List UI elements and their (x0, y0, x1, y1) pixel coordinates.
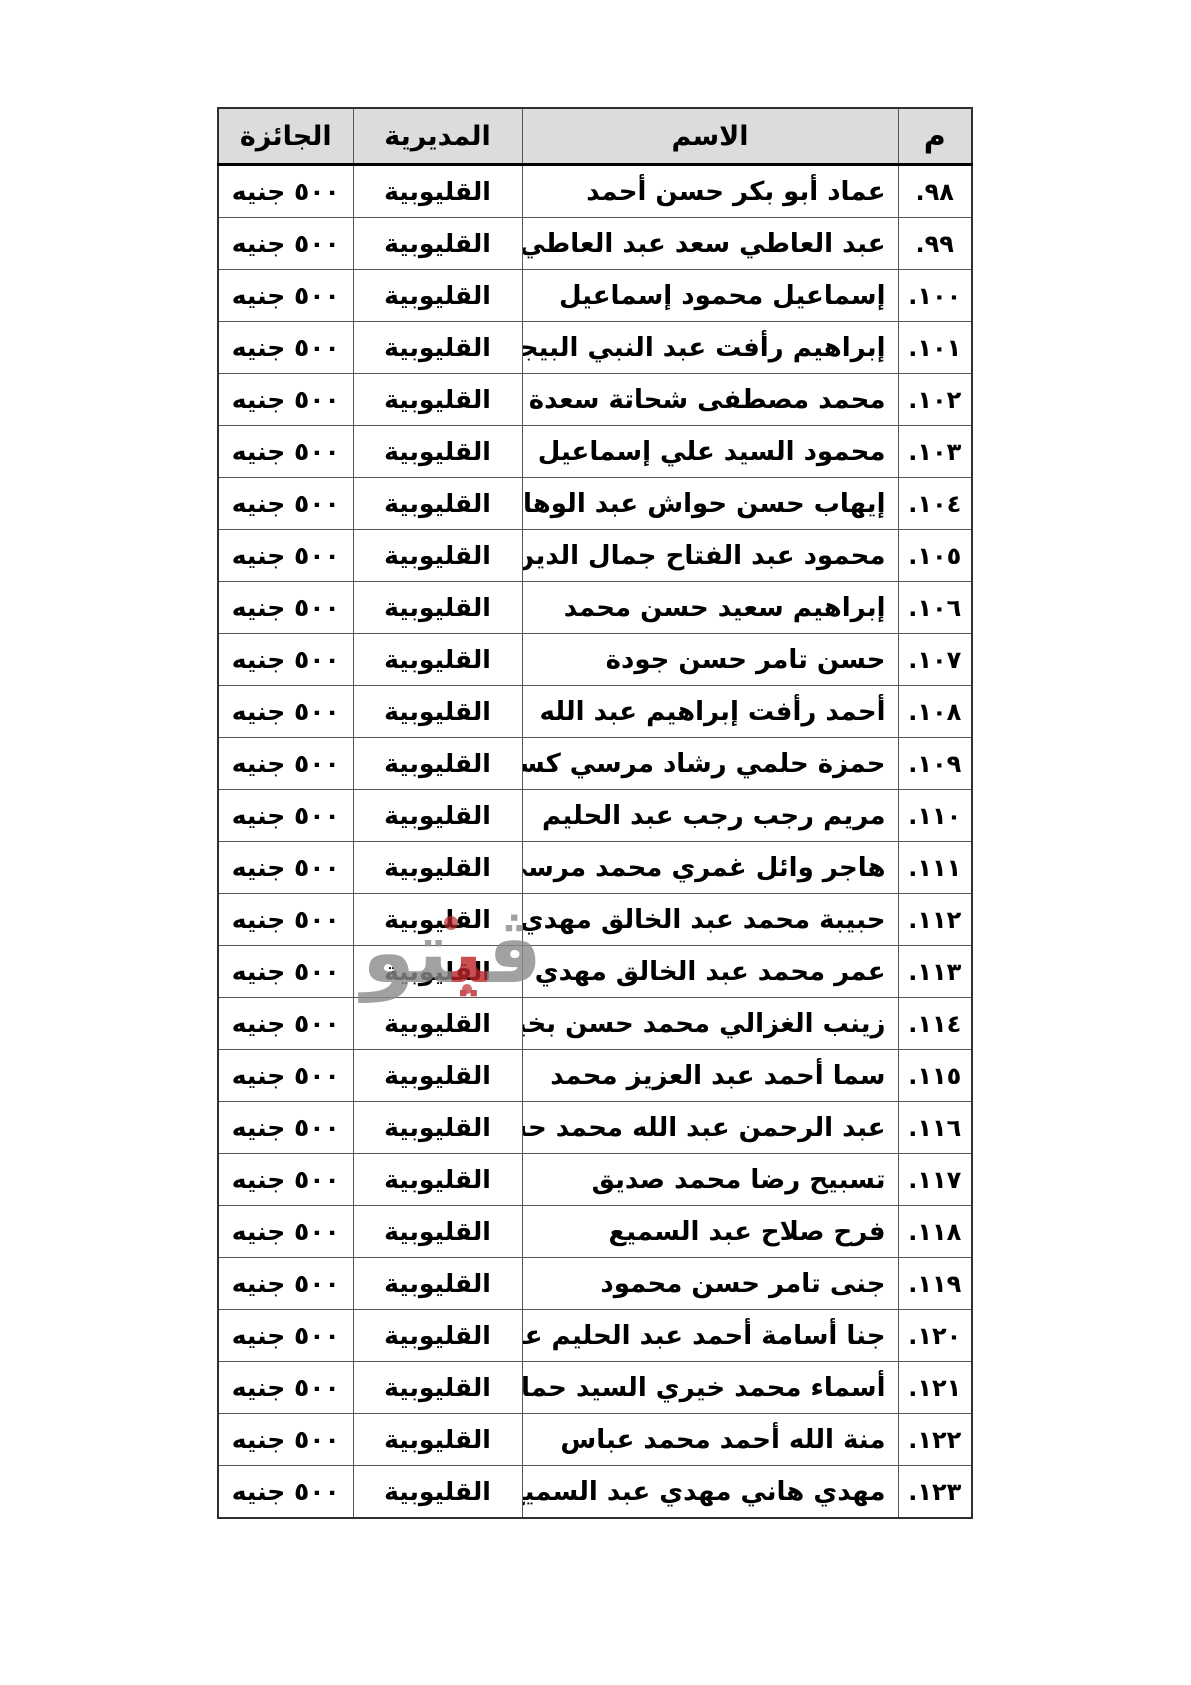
row-number-cell: ١٢٠. (898, 1310, 972, 1362)
table-row: ١١٢. حبيبة محمد عبد الخالق مهدي القليوبي… (218, 894, 972, 946)
row-directorate-cell: القليوبية (353, 478, 522, 530)
table-row: ١١٣. عمر محمد عبد الخالق مهدي القليوبية … (218, 946, 972, 998)
row-name-cell: فرح صلاح عبد السميع (522, 1206, 898, 1258)
header-directorate: المديرية (353, 108, 522, 165)
row-name-cell: محمود السيد علي إسماعيل (522, 426, 898, 478)
row-number-cell: ١١٧. (898, 1154, 972, 1206)
row-name-cell: عماد أبو بكر حسن أحمد (522, 165, 898, 218)
row-prize-cell: ٥٠٠ جنيه (218, 322, 353, 374)
winners-table: م الاسم المديرية الجائزة ٩٨. عماد أبو بك… (217, 107, 973, 1519)
row-number-cell: ١٢٣. (898, 1466, 972, 1519)
row-number-cell: ١٠٩. (898, 738, 972, 790)
row-directorate-cell: القليوبية (353, 426, 522, 478)
table-row: ١٢٣. مهدي هاني مهدي عبد السميع القليوبية… (218, 1466, 972, 1519)
row-name-cell: مريم رجب رجب عبد الحليم (522, 790, 898, 842)
row-prize-cell: ٥٠٠ جنيه (218, 582, 353, 634)
row-name-cell: إسماعيل محمود إسماعيل (522, 270, 898, 322)
row-prize-cell: ٥٠٠ جنيه (218, 1206, 353, 1258)
row-name-cell: محمد مصطفى شحاتة سعدة (522, 374, 898, 426)
table-row: ١١٤. زينب الغزالي محمد حسن بخيت القليوبي… (218, 998, 972, 1050)
row-number-cell: ٩٨. (898, 165, 972, 218)
row-number-cell: ١٠٨. (898, 686, 972, 738)
row-name-cell: أسماء محمد خيري السيد حمادة (522, 1362, 898, 1414)
header-number: م (898, 108, 972, 165)
row-prize-cell: ٥٠٠ جنيه (218, 530, 353, 582)
document-page: م الاسم المديرية الجائزة ٩٨. عماد أبو بك… (0, 0, 1191, 1685)
table-row: ١٢١. أسماء محمد خيري السيد حمادة القليوب… (218, 1362, 972, 1414)
row-prize-cell: ٥٠٠ جنيه (218, 165, 353, 218)
row-number-cell: ١٢١. (898, 1362, 972, 1414)
row-directorate-cell: القليوبية (353, 790, 522, 842)
row-number-cell: ١١١. (898, 842, 972, 894)
table-body: ٩٨. عماد أبو بكر حسن أحمد القليوبية ٥٠٠ … (218, 165, 972, 1519)
row-directorate-cell: القليوبية (353, 998, 522, 1050)
row-name-cell: إبراهيم رأفت عبد النبي البيجاوي (522, 322, 898, 374)
row-name-cell: هاجر وائل غمري محمد مرسي (522, 842, 898, 894)
row-directorate-cell: القليوبية (353, 1102, 522, 1154)
row-number-cell: ١١٥. (898, 1050, 972, 1102)
row-number-cell: ١٠٧. (898, 634, 972, 686)
row-number-cell: ١٠٦. (898, 582, 972, 634)
row-name-cell: حمزة حلمي رشاد مرسي كساب (522, 738, 898, 790)
table-row: ١٠٩. حمزة حلمي رشاد مرسي كساب القليوبية … (218, 738, 972, 790)
row-directorate-cell: القليوبية (353, 322, 522, 374)
row-directorate-cell: القليوبية (353, 1050, 522, 1102)
row-directorate-cell: القليوبية (353, 842, 522, 894)
table-row: ١٠٨. أحمد رأفت إبراهيم عبد الله القليوبي… (218, 686, 972, 738)
row-directorate-cell: القليوبية (353, 218, 522, 270)
row-directorate-cell: القليوبية (353, 686, 522, 738)
row-name-cell: عمر محمد عبد الخالق مهدي (522, 946, 898, 998)
row-directorate-cell: القليوبية (353, 530, 522, 582)
row-prize-cell: ٥٠٠ جنيه (218, 946, 353, 998)
row-name-cell: تسبيح رضا محمد صديق (522, 1154, 898, 1206)
row-directorate-cell: القليوبية (353, 1154, 522, 1206)
row-prize-cell: ٥٠٠ جنيه (218, 1154, 353, 1206)
table-row: ٩٩. عبد العاطي سعد عبد العاطي القليوبية … (218, 218, 972, 270)
row-name-cell: حسن تامر حسن جودة (522, 634, 898, 686)
row-number-cell: ١٠١. (898, 322, 972, 374)
row-name-cell: عبد العاطي سعد عبد العاطي (522, 218, 898, 270)
table-row: ١٠٣. محمود السيد علي إسماعيل القليوبية ٥… (218, 426, 972, 478)
row-number-cell: ١١٦. (898, 1102, 972, 1154)
row-directorate-cell: القليوبية (353, 582, 522, 634)
row-directorate-cell: القليوبية (353, 374, 522, 426)
row-number-cell: ١١٩. (898, 1258, 972, 1310)
row-name-cell: حبيبة محمد عبد الخالق مهدي (522, 894, 898, 946)
row-number-cell: ٩٩. (898, 218, 972, 270)
row-prize-cell: ٥٠٠ جنيه (218, 1310, 353, 1362)
row-prize-cell: ٥٠٠ جنيه (218, 218, 353, 270)
row-name-cell: سما أحمد عبد العزيز محمد (522, 1050, 898, 1102)
row-name-cell: محمود عبد الفتاح جمال الدين (522, 530, 898, 582)
table-row: ١١٧. تسبيح رضا محمد صديق القليوبية ٥٠٠ ج… (218, 1154, 972, 1206)
row-prize-cell: ٥٠٠ جنيه (218, 998, 353, 1050)
table-row: ١٠٤. إيهاب حسن حواش عبد الوهاب القليوبية… (218, 478, 972, 530)
row-directorate-cell: القليوبية (353, 738, 522, 790)
row-directorate-cell: القليوبية (353, 1310, 522, 1362)
row-prize-cell: ٥٠٠ جنيه (218, 842, 353, 894)
table-row: ١١٨. فرح صلاح عبد السميع القليوبية ٥٠٠ ج… (218, 1206, 972, 1258)
row-prize-cell: ٥٠٠ جنيه (218, 634, 353, 686)
row-name-cell: إبراهيم سعيد حسن محمد (522, 582, 898, 634)
row-number-cell: ١١٨. (898, 1206, 972, 1258)
row-prize-cell: ٥٠٠ جنيه (218, 738, 353, 790)
table-header-row: م الاسم المديرية الجائزة (218, 108, 972, 165)
row-name-cell: عبد الرحمن عبد الله محمد حسن (522, 1102, 898, 1154)
row-prize-cell: ٥٠٠ جنيه (218, 270, 353, 322)
table-row: ١١٩. جنى تامر حسن محمود القليوبية ٥٠٠ جن… (218, 1258, 972, 1310)
row-directorate-cell: القليوبية (353, 1362, 522, 1414)
row-number-cell: ١٠٣. (898, 426, 972, 478)
row-number-cell: ١٠٠. (898, 270, 972, 322)
row-prize-cell: ٥٠٠ جنيه (218, 1050, 353, 1102)
row-prize-cell: ٥٠٠ جنيه (218, 1102, 353, 1154)
row-directorate-cell: القليوبية (353, 165, 522, 218)
header-name: الاسم (522, 108, 898, 165)
row-number-cell: ١٠٤. (898, 478, 972, 530)
row-name-cell: إيهاب حسن حواش عبد الوهاب (522, 478, 898, 530)
row-prize-cell: ٥٠٠ جنيه (218, 1258, 353, 1310)
row-number-cell: ١١٠. (898, 790, 972, 842)
table-row: ١٠٢. محمد مصطفى شحاتة سعدة القليوبية ٥٠٠… (218, 374, 972, 426)
table-row: ١٠٦. إبراهيم سعيد حسن محمد القليوبية ٥٠٠… (218, 582, 972, 634)
row-directorate-cell: القليوبية (353, 634, 522, 686)
row-directorate-cell: القليوبية (353, 1466, 522, 1519)
row-name-cell: منة الله أحمد محمد عباس (522, 1414, 898, 1466)
row-directorate-cell: القليوبية (353, 946, 522, 998)
row-name-cell: جنا أسامة أحمد عبد الحليم عامر (522, 1310, 898, 1362)
table-row: ١١٥. سما أحمد عبد العزيز محمد القليوبية … (218, 1050, 972, 1102)
row-prize-cell: ٥٠٠ جنيه (218, 1414, 353, 1466)
table-row: ١١١. هاجر وائل غمري محمد مرسي القليوبية … (218, 842, 972, 894)
row-directorate-cell: القليوبية (353, 1258, 522, 1310)
row-name-cell: مهدي هاني مهدي عبد السميع (522, 1466, 898, 1519)
row-name-cell: زينب الغزالي محمد حسن بخيت (522, 998, 898, 1050)
table-row: ١٠٧. حسن تامر حسن جودة القليوبية ٥٠٠ جني… (218, 634, 972, 686)
row-number-cell: ١١٣. (898, 946, 972, 998)
table-row: ١٠٥. محمود عبد الفتاح جمال الدين القليوب… (218, 530, 972, 582)
header-prize: الجائزة (218, 108, 353, 165)
row-directorate-cell: القليوبية (353, 894, 522, 946)
row-directorate-cell: القليوبية (353, 1206, 522, 1258)
row-prize-cell: ٥٠٠ جنيه (218, 478, 353, 530)
table-row: ١٠٠. إسماعيل محمود إسماعيل القليوبية ٥٠٠… (218, 270, 972, 322)
table-row: ٩٨. عماد أبو بكر حسن أحمد القليوبية ٥٠٠ … (218, 165, 972, 218)
table-row: ١٢٠. جنا أسامة أحمد عبد الحليم عامر القل… (218, 1310, 972, 1362)
row-prize-cell: ٥٠٠ جنيه (218, 374, 353, 426)
row-prize-cell: ٥٠٠ جنيه (218, 426, 353, 478)
row-number-cell: ١١٢. (898, 894, 972, 946)
table-row: ١٢٢. منة الله أحمد محمد عباس القليوبية ٥… (218, 1414, 972, 1466)
row-number-cell: ١٠٥. (898, 530, 972, 582)
row-prize-cell: ٥٠٠ جنيه (218, 1466, 353, 1519)
row-prize-cell: ٥٠٠ جنيه (218, 790, 353, 842)
table-row: ١١٦. عبد الرحمن عبد الله محمد حسن القليو… (218, 1102, 972, 1154)
row-directorate-cell: القليوبية (353, 1414, 522, 1466)
row-number-cell: ١٠٢. (898, 374, 972, 426)
row-directorate-cell: القليوبية (353, 270, 522, 322)
winners-table-container: م الاسم المديرية الجائزة ٩٨. عماد أبو بك… (219, 107, 973, 1519)
row-name-cell: أحمد رأفت إبراهيم عبد الله (522, 686, 898, 738)
row-number-cell: ١١٤. (898, 998, 972, 1050)
row-name-cell: جنى تامر حسن محمود (522, 1258, 898, 1310)
table-row: ١٠١. إبراهيم رأفت عبد النبي البيجاوي الق… (218, 322, 972, 374)
row-number-cell: ١٢٢. (898, 1414, 972, 1466)
table-row: ١١٠. مريم رجب رجب عبد الحليم القليوبية ٥… (218, 790, 972, 842)
row-prize-cell: ٥٠٠ جنيه (218, 1362, 353, 1414)
row-prize-cell: ٥٠٠ جنيه (218, 894, 353, 946)
row-prize-cell: ٥٠٠ جنيه (218, 686, 353, 738)
